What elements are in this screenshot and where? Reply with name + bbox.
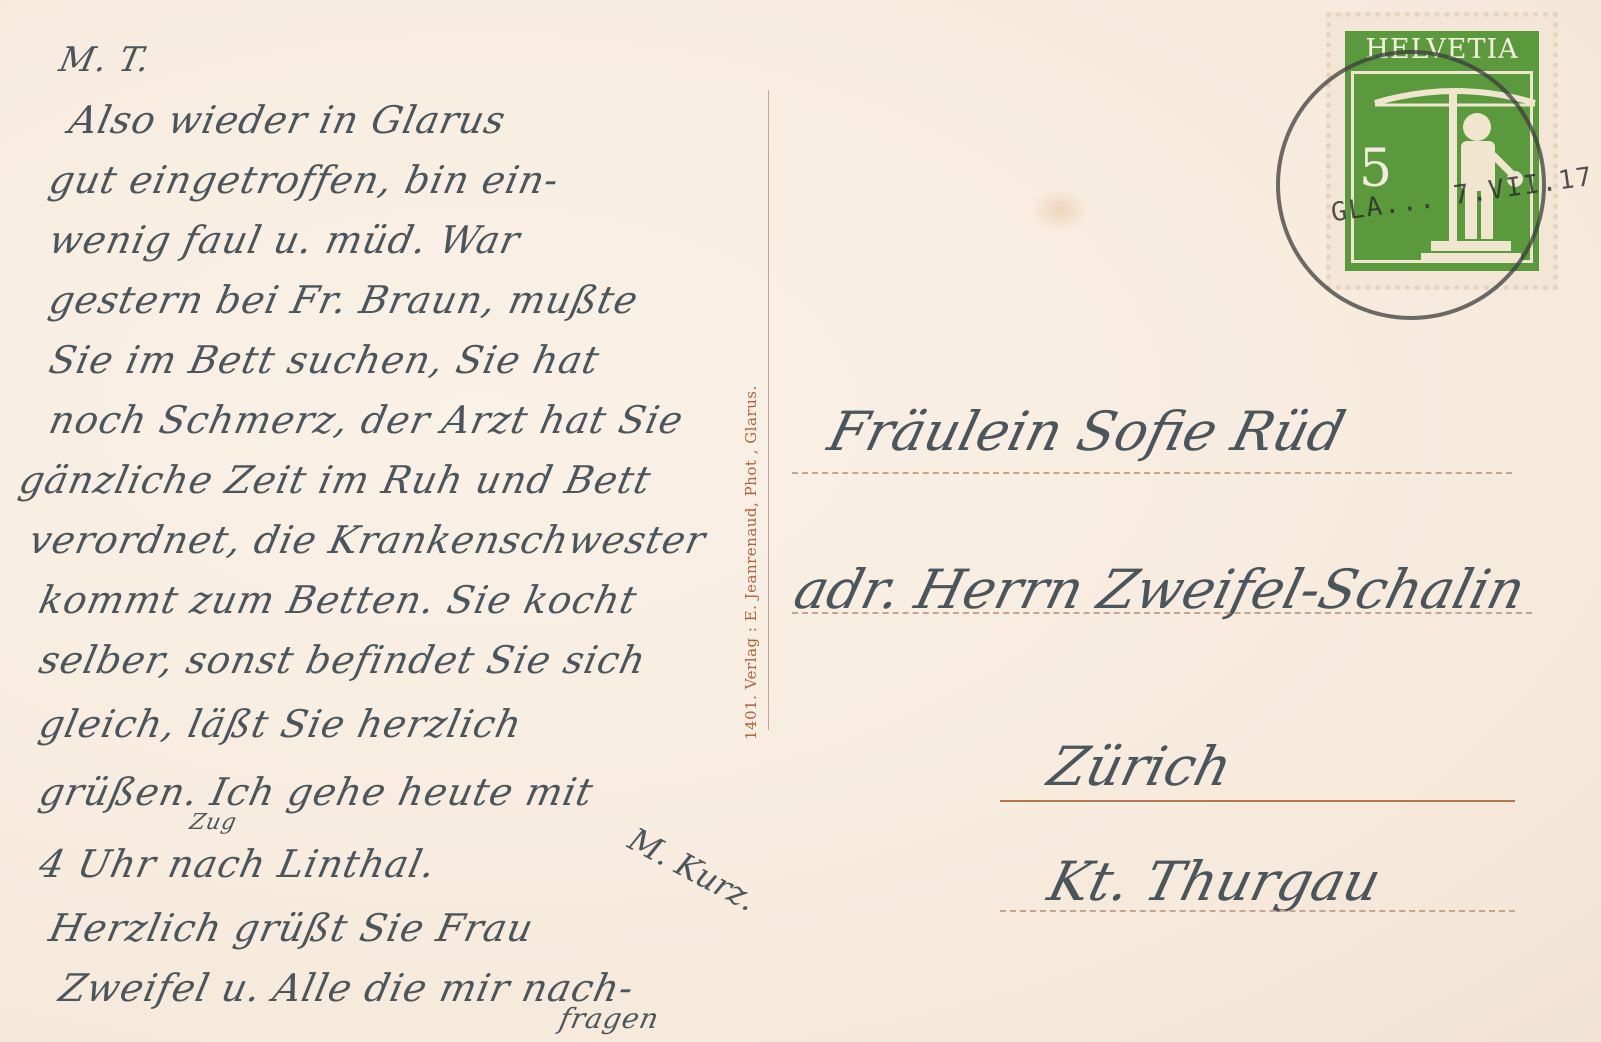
message-line: selber, sonst befindet Sie sich	[35, 638, 650, 682]
postage-stamp: HELVETIA 5	[1326, 12, 1558, 290]
message-line: grüßen. Ich gehe heute mit	[35, 770, 597, 814]
message-line: 4 Uhr nach Linthal.	[35, 842, 440, 886]
message-line: wenig faul u. müd. War	[45, 218, 524, 262]
message-line: gut eingetroffen, bin ein-	[45, 158, 563, 202]
divider-line	[768, 90, 769, 730]
message-line: Sie im Bett suchen, Sie hat	[45, 338, 603, 382]
message-line: verordnet, die Krankenschwester	[25, 518, 710, 562]
message-line: noch Schmerz, der Arzt hat Sie	[45, 398, 687, 442]
message-line: Also wieder in Glarus	[65, 98, 510, 142]
message-line: Zweifel u. Alle die mir nach-	[55, 966, 638, 1010]
salutation: M. T.	[56, 40, 154, 80]
address-rule	[792, 612, 1532, 614]
message-line: kommt zum Betten. Sie kocht	[35, 578, 641, 622]
message-line: Herzlich grüßt Sie Frau	[45, 906, 537, 950]
stamp-country: HELVETIA	[1345, 33, 1539, 67]
message-line: fragen	[556, 1002, 662, 1035]
interlinear-insert: Zug	[187, 810, 239, 835]
publisher-imprint: 1401. Verlag : E. Jeanrenaud, Phot , Gla…	[742, 385, 760, 740]
message-line: gänzliche Zeit im Ruh und Bett	[15, 458, 655, 502]
address-rule	[1000, 910, 1515, 912]
address-line-canton: Kt. Thurgau	[1042, 850, 1387, 913]
address-rule-town	[1000, 800, 1515, 802]
handwritten-message: M. T. Also wieder in Glarus gut eingetro…	[20, 30, 740, 1030]
message-line: gestern bei Fr. Braun, mußte	[45, 278, 642, 322]
address-rule	[792, 472, 1512, 474]
stamp-face: HELVETIA 5	[1345, 31, 1539, 271]
postcard-back: M. T. Also wieder in Glarus gut eingetro…	[0, 0, 1601, 1042]
address-line-recipient: Fräulein Sofie Rüd	[822, 400, 1351, 463]
address-line-town: Zürich	[1042, 735, 1238, 798]
message-line: gleich, läßt Sie herzlich	[35, 702, 526, 746]
